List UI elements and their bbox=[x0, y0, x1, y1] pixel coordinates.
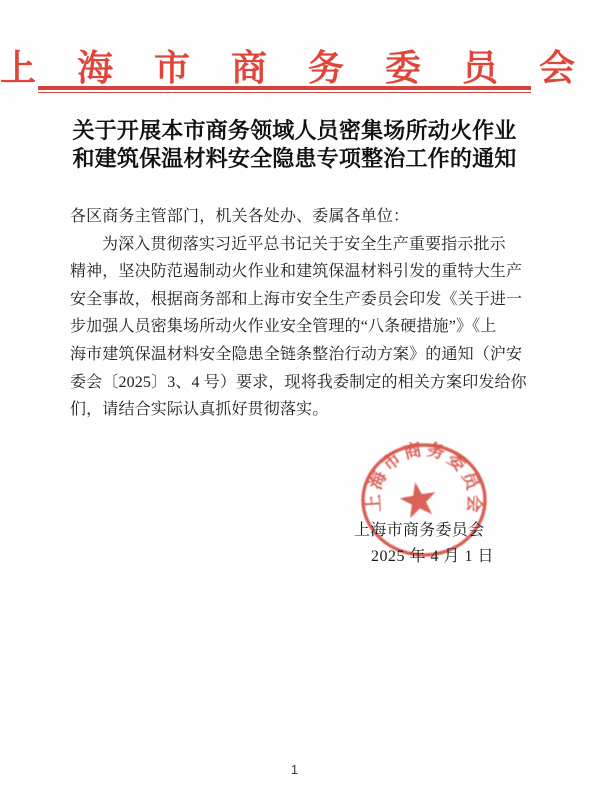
body-line: 步加强人员密集场所动火作业安全管理的“八条硬措施”》《上 bbox=[70, 313, 528, 341]
seal-star-icon bbox=[400, 482, 436, 518]
document-title: 关于开展本市商务领域人员密集场所动火作业 和建筑保温材料安全隐患专项整治工作的通… bbox=[0, 117, 589, 172]
body-line: 为深入贯彻落实习近平总书记关于安全生产重要指示批示 bbox=[70, 231, 528, 259]
body-line: 安全事故，根据商务部和上海市安全生产委员会印发《关于进一 bbox=[70, 286, 528, 314]
body-line: 委会〔2025〕3、4 号）要求，现将我委制定的相关方案印发给你 bbox=[70, 369, 528, 397]
letterhead-agency-title: 上 海 市 商 务 委 员 会 bbox=[0, 40, 589, 91]
body-line: 海市建筑保温材料安全隐患全链条整治行动方案》的通知（沪安 bbox=[70, 341, 528, 369]
document-body: 各区商务主管部门，机关各处办、委属各单位： 为深入贯彻落实习近平总书记关于安全生… bbox=[70, 203, 528, 424]
seal-text: 上海市商务委员会 bbox=[363, 439, 485, 514]
letterhead-rule-thick bbox=[38, 86, 531, 90]
page-number: 1 bbox=[0, 762, 589, 777]
signature-agency: 上海市商务委员会 bbox=[354, 517, 484, 540]
document-title-line2: 和建筑保温材料安全隐患专项整治工作的通知 bbox=[0, 145, 589, 173]
letterhead-rule-thin bbox=[38, 92, 531, 93]
document-page: 上 海 市 商 务 委 员 会 关于开展本市商务领域人员密集场所动火作业 和建筑… bbox=[0, 0, 589, 794]
signature-date: 2025 年 4 月 1 日 bbox=[371, 543, 494, 566]
body-line: 精神，坚决防范遏制动火作业和建筑保温材料引发的重特大生产 bbox=[70, 258, 528, 286]
document-title-line1: 关于开展本市商务领域人员密集场所动火作业 bbox=[0, 117, 589, 145]
body-line: 们，请结合实际认真抓好贯彻落实。 bbox=[70, 396, 528, 424]
seal-arc-text: 上海市商务委员会 bbox=[363, 439, 485, 514]
body-salutation: 各区商务主管部门，机关各处办、委属各单位： bbox=[70, 203, 528, 231]
